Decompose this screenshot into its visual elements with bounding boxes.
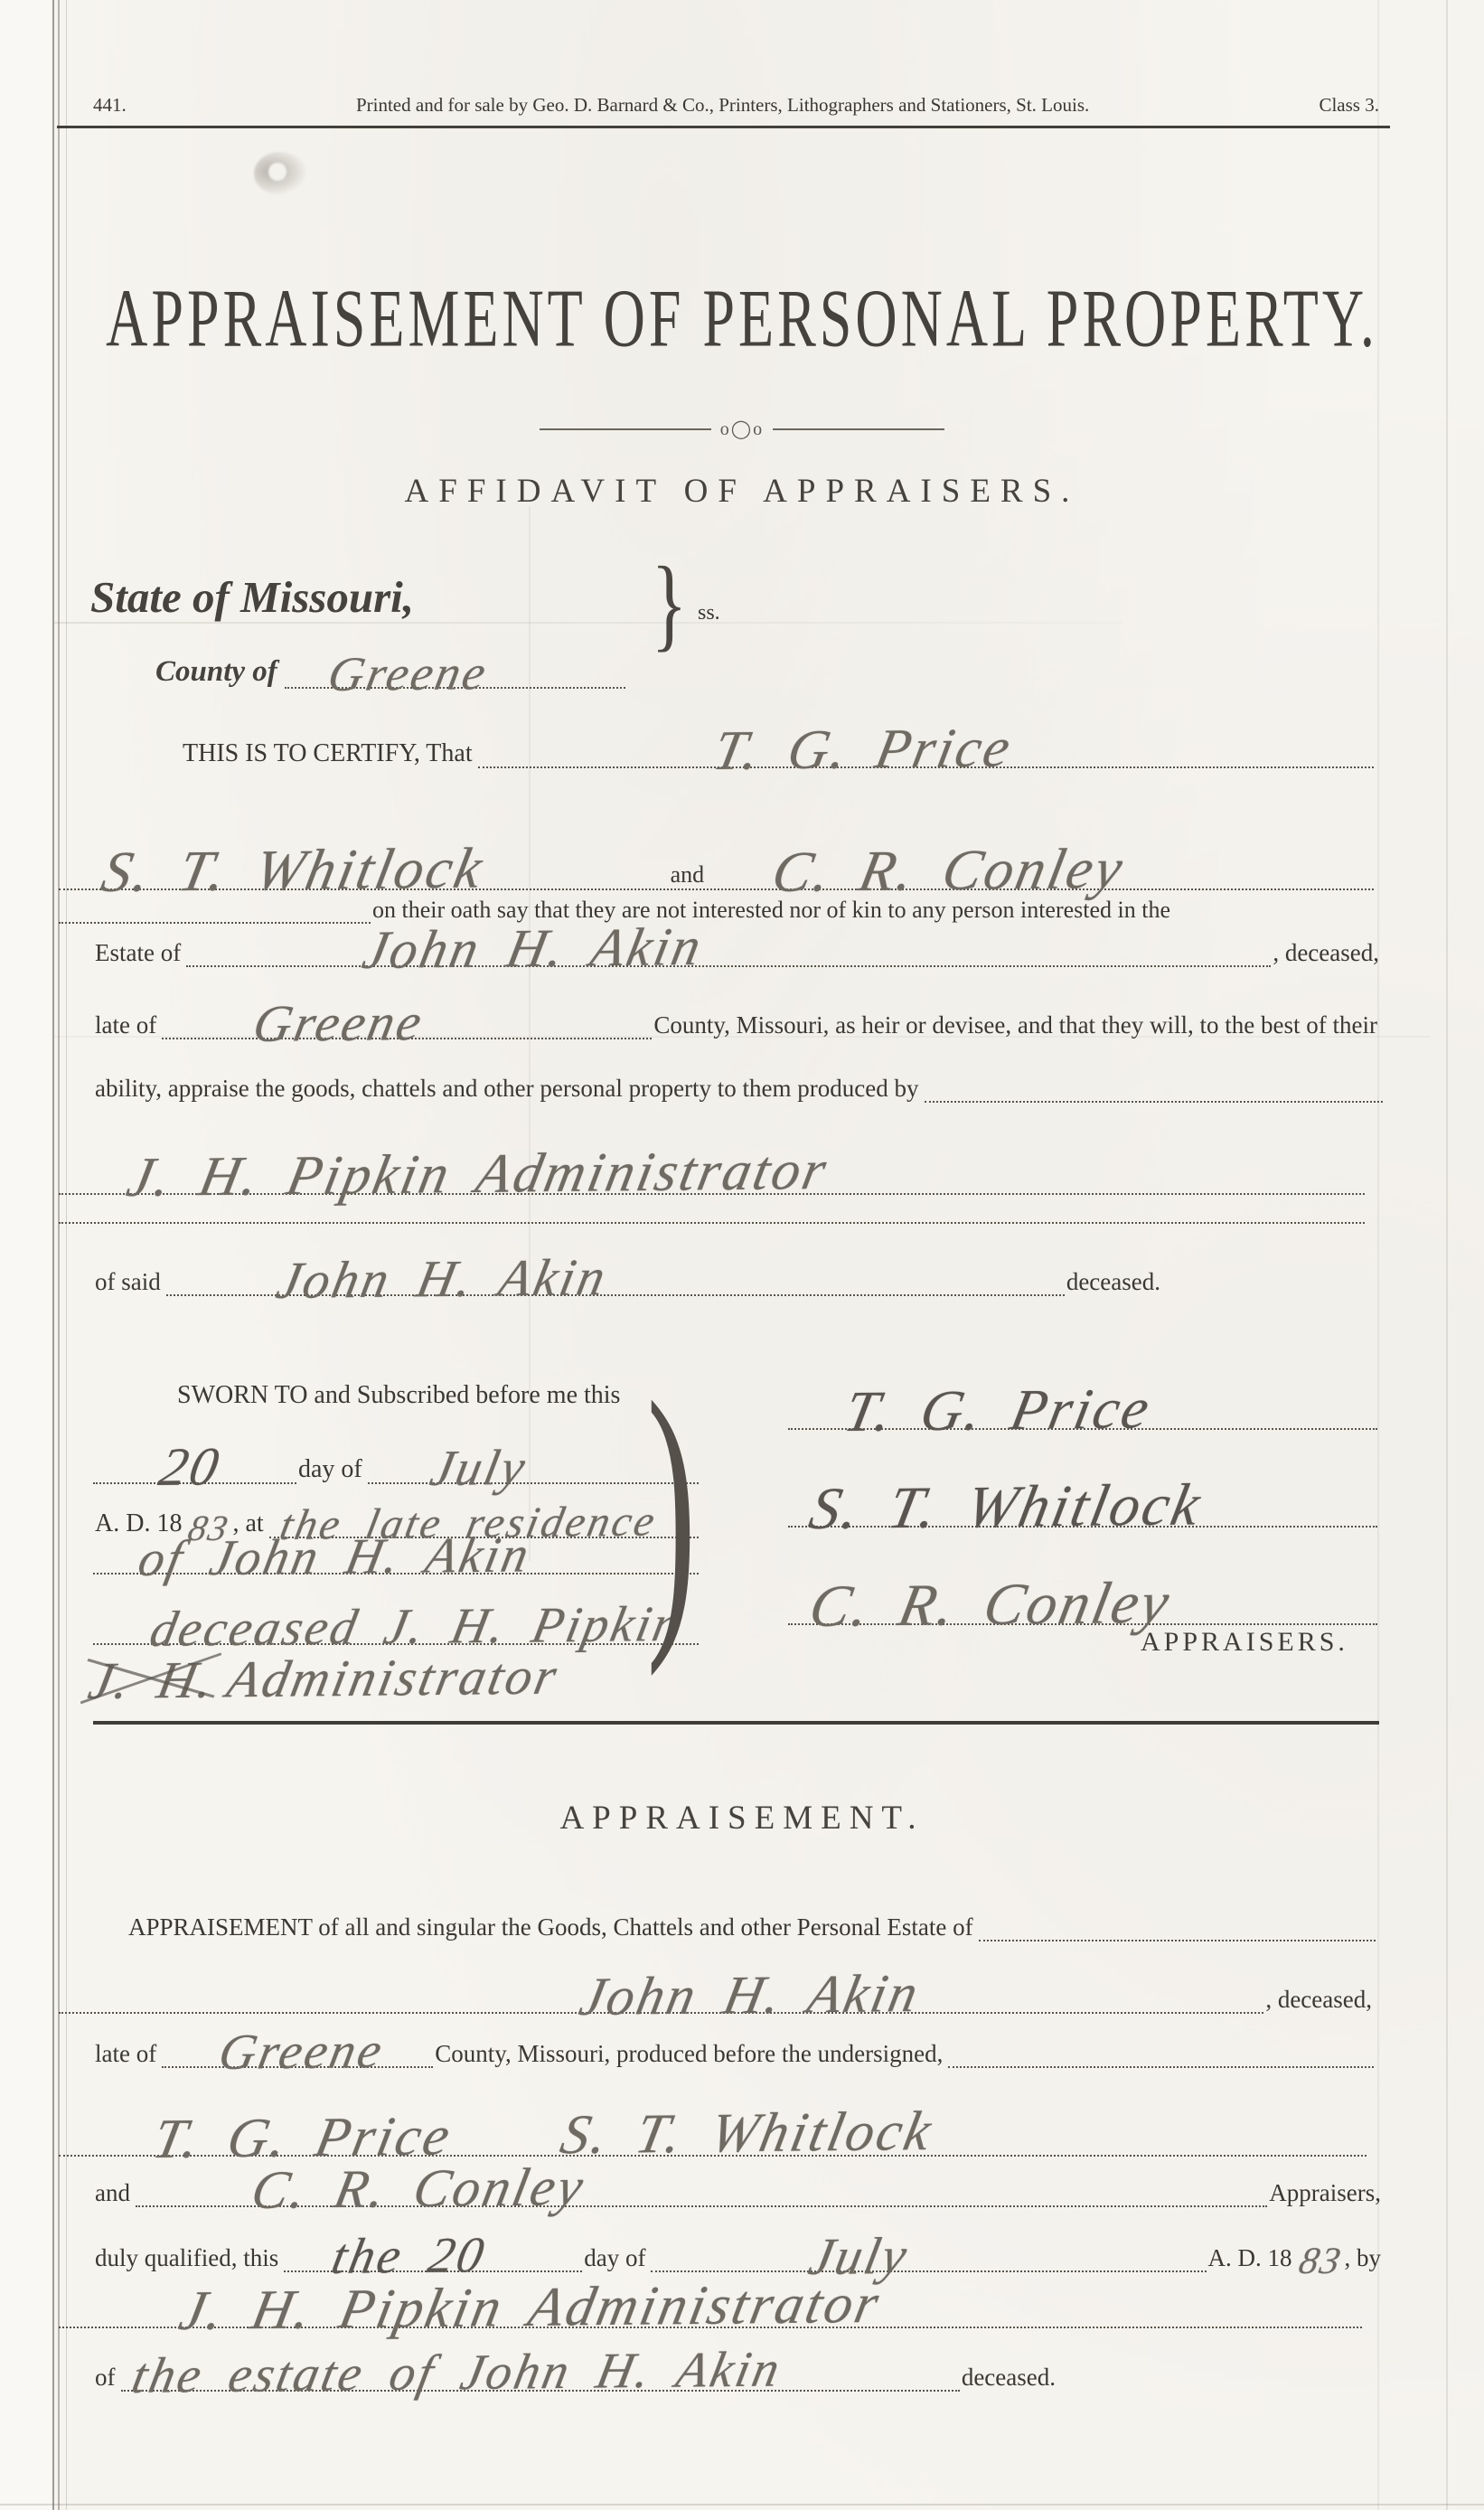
intro-blank bbox=[979, 1938, 1376, 1941]
of-estate-line: of the estate of John H. Akin deceased. bbox=[93, 2345, 1061, 2392]
ability-line: ability, appraise the goods, chattels an… bbox=[93, 1061, 1383, 1103]
and-label: and bbox=[671, 861, 705, 888]
produced-text: County, Missouri, produced before the un… bbox=[433, 2041, 948, 2068]
late-of-blank: Greene bbox=[162, 1036, 652, 1039]
produced-by-line: J. H. Pipkin Administrator bbox=[59, 1121, 1365, 1195]
sworn-admin-line: J. H. Administrator bbox=[86, 1661, 553, 1703]
sworn-month-handwriting: July bbox=[427, 1449, 531, 1488]
appraisement-late-of-line: late of Greene County, Missouri, produce… bbox=[93, 2023, 1374, 2068]
sworn-line1: SWORN TO and Subscribed before me this bbox=[177, 1381, 620, 1410]
printer-header: 441. Printed and for sale by Geo. D. Bar… bbox=[93, 94, 1379, 117]
county-line: County of Greene bbox=[155, 638, 625, 689]
sworn-day-line: 20 day of July bbox=[93, 1428, 699, 1484]
administrator2-handwriting: J. H. Pipkin Administrator bbox=[176, 2282, 885, 2332]
estate-name-handwriting: John H. Akin bbox=[360, 926, 707, 971]
struck-initials: J. H. bbox=[86, 1660, 219, 1701]
estate2-handwriting: John H. Akin bbox=[577, 1973, 924, 2017]
sworn-place2-handwriting: of John H. Akin bbox=[136, 1536, 534, 1578]
sworn-brace-icon: ) bbox=[646, 1358, 696, 1662]
of-estate-handwriting: the estate of John H. Akin bbox=[129, 2351, 785, 2395]
empty-ruled-line bbox=[59, 1218, 1365, 1224]
names-blank: S. T. Whitlock and C. R. Conley bbox=[59, 887, 1374, 890]
affidavit-heading: AFFIDAVIT OF APPRAISERS. bbox=[0, 472, 1484, 511]
binding-line bbox=[52, 0, 54, 2510]
ss-brace-wrap: } bbox=[645, 553, 693, 653]
pencil-smudge bbox=[254, 152, 306, 195]
late-of2-label: late of bbox=[93, 2041, 162, 2068]
page-bottom-edge bbox=[0, 2504, 1484, 2505]
deceased-label: , deceased, bbox=[1271, 940, 1385, 967]
section-rule bbox=[93, 1721, 1379, 1725]
divider: o◯o bbox=[0, 418, 1484, 440]
signature2-handwriting: S. T. Whitlock bbox=[806, 1482, 1206, 1531]
sworn-place-line2: of John H. Akin bbox=[93, 1520, 699, 1575]
county-label: County of bbox=[155, 657, 285, 689]
divider-line bbox=[773, 428, 944, 430]
of2-label: of bbox=[93, 2364, 121, 2392]
appraiser3-handwriting: C. R. Conley bbox=[769, 847, 1129, 894]
appraisers-label: APPRAISERS. bbox=[1141, 1627, 1348, 1658]
late-of2-handwriting: Greene bbox=[216, 2032, 388, 2072]
printer-imprint: Printed and for sale by Geo. D. Barnard … bbox=[356, 94, 1089, 117]
appraisement-heading: APPRAISEMENT. bbox=[0, 1799, 1484, 1838]
scanned-document-page: 441. Printed and for sale by Geo. D. Bar… bbox=[0, 0, 1484, 2510]
administrator2-line: J. H. Pipkin Administrator bbox=[59, 2261, 1362, 2328]
state-text: State of Missouri, bbox=[90, 572, 414, 622]
heir-text: County, Missouri, as heir or devisee, an… bbox=[652, 1012, 1383, 1039]
sworn-day-of-label: day of bbox=[296, 1456, 368, 1484]
sworn-day-handwriting: 20 bbox=[156, 1446, 224, 1488]
signature-line-1: T. G. Price bbox=[788, 1374, 1377, 1430]
deceased-end-label: deceased. bbox=[960, 2364, 1061, 2392]
administrator-handwriting: J. H. Pipkin Administrator bbox=[124, 1149, 832, 1199]
produced-tail-blank bbox=[948, 2064, 1374, 2068]
header-rule bbox=[57, 126, 1390, 128]
sworn-admin-handwriting: J. H. Administrator bbox=[86, 1657, 562, 1701]
appraiser1-handwriting: T. G. Price bbox=[710, 727, 1016, 772]
state-line: State of Missouri, bbox=[90, 575, 414, 619]
county-handwriting: Greene bbox=[325, 654, 491, 692]
signature-line-3: C. R. Conley bbox=[788, 1569, 1377, 1625]
sworn-place3-blank: deceased J. H. Pipkin bbox=[93, 1641, 699, 1645]
appraisement-intro-text: APPRAISEMENT of all and singular the Goo… bbox=[127, 1914, 979, 1941]
sig2-blank: S. T. Whitlock bbox=[788, 1524, 1377, 1528]
paper-crease bbox=[54, 622, 1122, 624]
of-said-line: of said John H. Akin deceased. bbox=[93, 1249, 1166, 1296]
signature1-handwriting: T. G. Price bbox=[841, 1387, 1155, 1434]
late-of-line: late of Greene County, Missouri, as heir… bbox=[93, 996, 1383, 1039]
divider-line bbox=[540, 428, 711, 430]
ss-label: ss. bbox=[698, 601, 720, 625]
ability-text: ability, appraise the goods, chattels an… bbox=[93, 1076, 925, 1103]
appraisers12-handwriting: T. G. Price S. T. Whitlock bbox=[150, 2110, 936, 2160]
estate-line: Estate of John H. Akin , deceased, bbox=[93, 924, 1385, 967]
sworn-brace-wrap: ) bbox=[622, 1360, 721, 1659]
document-title: APPRAISEMENT OF PERSONAL PROPERTY. bbox=[106, 271, 1378, 366]
late-of-label: late of bbox=[93, 1012, 162, 1039]
sworn-place3-handwriting: deceased J. H. Pipkin bbox=[147, 1605, 685, 1649]
form-number: 441. bbox=[93, 94, 127, 117]
empty-blank bbox=[59, 1220, 1365, 1224]
signature-line-2: S. T. Whitlock bbox=[788, 1471, 1377, 1528]
conley-blank: C. R. Conley bbox=[136, 2204, 1267, 2207]
appraisers12-line: T. G. Price S. T. Whitlock bbox=[59, 2090, 1367, 2157]
of-said-label: of said bbox=[93, 1269, 166, 1296]
ss-brace-icon: } bbox=[652, 550, 688, 655]
of-said-deceased-label: deceased. bbox=[1065, 1269, 1166, 1296]
and-conley-line: and C. R. Conley Appraisers, bbox=[93, 2162, 1386, 2207]
page-edge-line bbox=[1446, 0, 1448, 2510]
administrator2-blank: J. H. Pipkin Administrator bbox=[59, 2325, 1362, 2328]
deceased2-label: , deceased, bbox=[1263, 1987, 1377, 2014]
estate-of-label: Estate of bbox=[93, 940, 186, 967]
appraiser2-handwriting: S. T. Whitlock bbox=[99, 847, 488, 894]
certify-line: THIS IS TO CERTIFY, That T. G. Price bbox=[181, 719, 1374, 768]
late-of2-blank: Greene bbox=[162, 2064, 433, 2068]
class-label: Class 3. bbox=[1319, 94, 1379, 117]
sworn-place2-blank: of John H. Akin bbox=[93, 1571, 699, 1575]
sworn-place-line3: deceased J. H. Pipkin bbox=[93, 1591, 699, 1645]
conley-handwriting: C. R. Conley bbox=[249, 2167, 589, 2211]
appraisers2-label: Appraisers, bbox=[1267, 2180, 1386, 2207]
of-said-handwriting: John H. Akin bbox=[274, 1257, 611, 1300]
appraisement-intro-line: APPRAISEMENT of all and singular the Goo… bbox=[127, 1898, 1376, 1941]
appraisers-names-line: S. T. Whitlock and C. R. Conley bbox=[59, 813, 1374, 890]
appraisement-estate-line: John H. Akin , deceased, bbox=[59, 1967, 1377, 2014]
ability-blank bbox=[925, 1099, 1384, 1103]
estate2-blank: John H. Akin bbox=[59, 2010, 1263, 2014]
sig3-blank: C. R. Conley bbox=[788, 1622, 1377, 1625]
of-said-blank: John H. Akin bbox=[166, 1293, 1065, 1296]
produced-by-blank: J. H. Pipkin Administrator bbox=[59, 1191, 1365, 1195]
oath-line: on their oath say that they are not inte… bbox=[59, 897, 1374, 924]
signature3-handwriting: C. R. Conley bbox=[806, 1580, 1175, 1629]
and2-label: and bbox=[93, 2180, 136, 2207]
document-title-wrap: APPRAISEMENT OF PERSONAL PROPERTY. bbox=[0, 271, 1484, 338]
of-estate-blank: the estate of John H. Akin bbox=[121, 2388, 960, 2392]
certify-blank: T. G. Price bbox=[478, 765, 1374, 768]
appraisers12-blank: T. G. Price S. T. Whitlock bbox=[59, 2153, 1367, 2157]
late-of-handwriting: Greene bbox=[250, 1002, 427, 1043]
sig1-blank: T. G. Price bbox=[788, 1426, 1377, 1430]
estate-blank: John H. Akin bbox=[186, 964, 1271, 967]
fold-line bbox=[1377, 0, 1379, 2510]
admin-word: Administrator bbox=[222, 1647, 564, 1709]
scan-left-margin bbox=[0, 0, 52, 2510]
county-blank: Greene bbox=[285, 685, 625, 689]
divider-ornament-icon: o◯o bbox=[720, 418, 764, 440]
certify-label: THIS IS TO CERTIFY, That bbox=[181, 740, 478, 768]
